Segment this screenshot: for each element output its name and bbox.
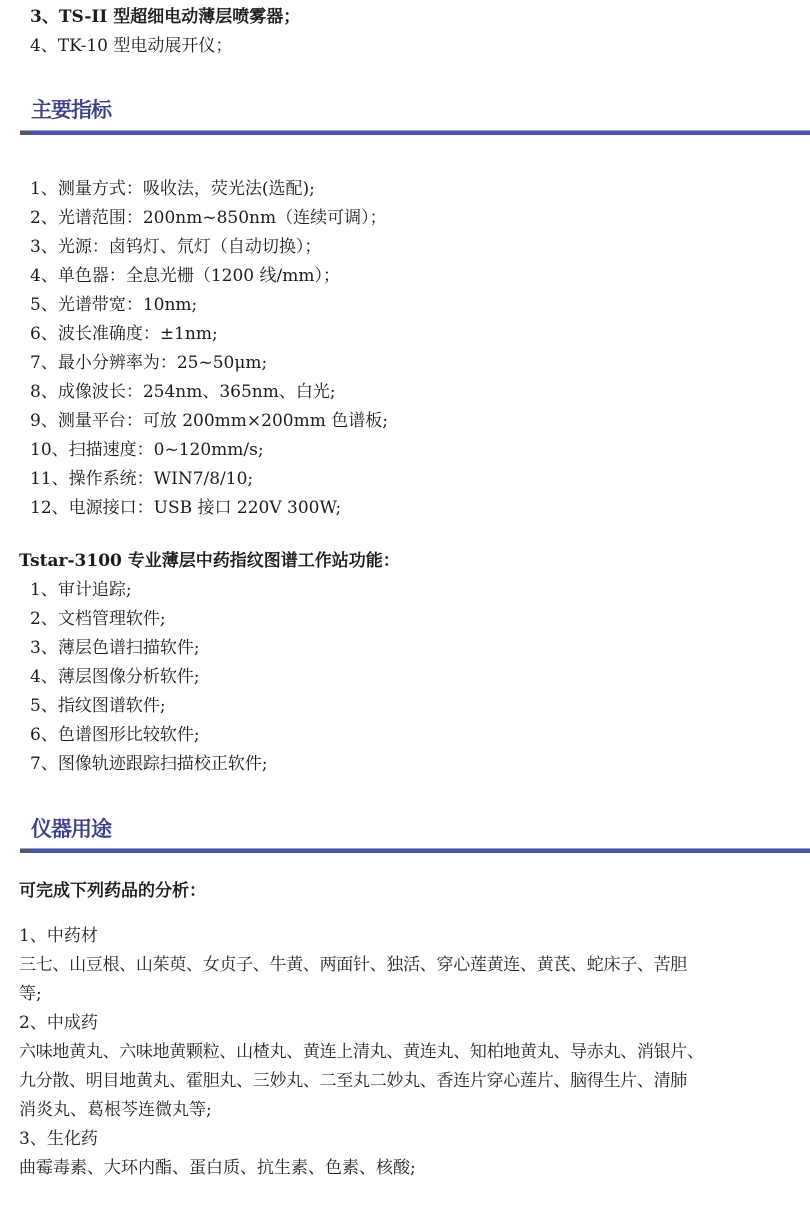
- usage-subtitle: 可完成下列药品的分析：: [19, 880, 206, 902]
- section-title-usage: 仪器用途: [31, 815, 111, 843]
- function-item: 3、薄层色谱扫描软件;: [30, 637, 200, 659]
- section-divider: [20, 848, 810, 853]
- spec-item: 4、单色器：全息光栅（1200 线/mm）；: [30, 265, 340, 287]
- function-item: 4、薄层图像分析软件;: [30, 666, 200, 688]
- category-heading: 1、中药材: [19, 922, 98, 951]
- spec-item: 8、成像波长：254nm、365nm、白光;: [30, 381, 336, 403]
- top-list-item-3: 3、TS-II 型超细电动薄层喷雾器；: [30, 6, 300, 28]
- category-heading: 2、中成药: [19, 1009, 98, 1038]
- spec-item: 11、操作系统：WIN7/8/10;: [30, 468, 253, 490]
- category-items: 消炎丸、葛根芩连微丸等;: [19, 1096, 212, 1125]
- top-list-item-4: 4、TK-10 型电动展开仪；: [30, 35, 232, 57]
- section-title-main-specs: 主要指标: [31, 96, 111, 124]
- spec-item: 9、测量平台：可放 200mm×200mm 色谱板;: [30, 410, 388, 432]
- category-items: 曲霉毒素、大环内酯、蛋白质、抗生素、色素、核酸;: [19, 1154, 416, 1183]
- spec-item: 12、电源接口：USB 接口 220V 300W;: [30, 497, 341, 519]
- function-item: 6、色谱图形比较软件;: [30, 724, 200, 746]
- category-items: 等;: [19, 980, 42, 1009]
- spec-item: 10、扫描速度：0~120mm/s;: [30, 439, 264, 461]
- spec-item: 2、光谱范围：200nm~850nm（连续可调）；: [30, 207, 387, 229]
- spec-item: 7、最小分辨率为：25~50μm;: [30, 352, 267, 374]
- spec-item: 5、光谱带宽：10nm;: [30, 294, 197, 316]
- function-item: 2、文档管理软件;: [30, 608, 166, 630]
- category-items: 九分散、明目地黄丸、霍胆丸、三妙丸、二至丸二妙丸、香连片穿心莲片、脑得生片、清肺: [19, 1067, 687, 1096]
- section-divider: [20, 130, 810, 135]
- category-heading: 3、生化药: [19, 1125, 98, 1154]
- category-items: 三七、山豆根、山茱萸、女贞子、牛黄、两面针、独活、穿心莲黄连、黄芪、蛇床子、苦胆: [19, 951, 687, 980]
- category-items: 六味地黄丸、六味地黄颗粒、山楂丸、黄连上清丸、黄连丸、知柏地黄丸、导赤丸、消银片…: [19, 1038, 704, 1067]
- function-item: 1、审计追踪;: [30, 579, 132, 601]
- spec-item: 6、波长准确度：±1nm;: [30, 323, 218, 345]
- workstation-title: Tstar-3100 专业薄层中药指纹图谱工作站功能：: [19, 550, 400, 572]
- spec-item: 3、光源：卤钨灯、氘灯（自动切换）；: [30, 236, 321, 258]
- function-item: 7、图像轨迹跟踪扫描校正软件;: [30, 753, 268, 775]
- spec-item: 1、测量方式：吸收法，荧光法(选配);: [30, 178, 315, 200]
- function-item: 5、指纹图谱软件;: [30, 695, 166, 717]
